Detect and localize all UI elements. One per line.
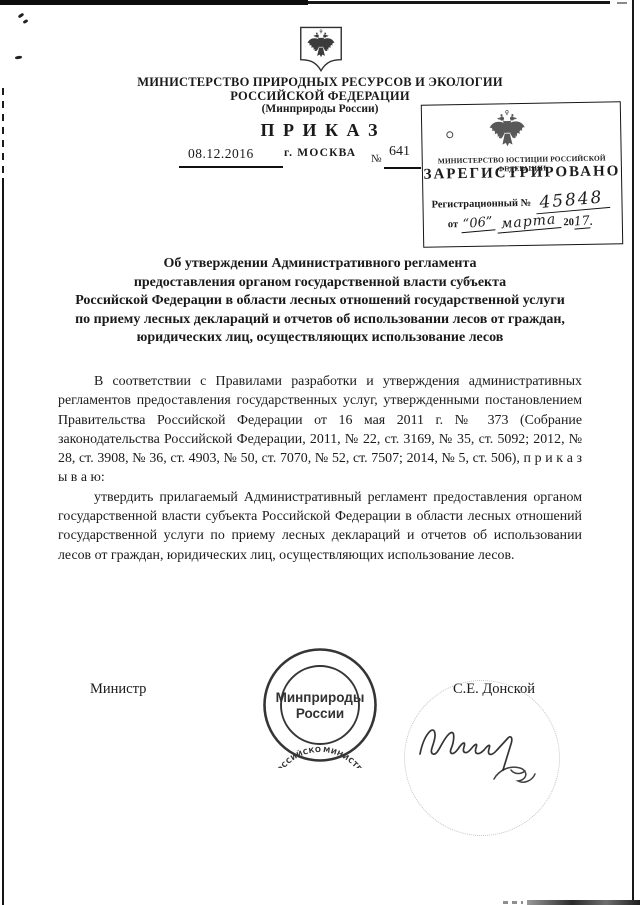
order-title-line: по приему лесных деклараций и отчетов об…: [30, 312, 610, 328]
order-title-line: предоставления органом государственной в…: [30, 275, 610, 291]
ministry-name-line2: РОССИЙСКОЙ ФЕДЕРАЦИИ: [40, 89, 600, 104]
ministry-round-seal: МИНИСТЕРСТВО ПРИРОДНЫХ РЕСУРСОВ И ЭКОЛОГ…: [257, 642, 383, 768]
scan-speck: [23, 19, 29, 24]
seal-center-line2: России: [296, 706, 344, 721]
seal-inner-circle: [281, 666, 359, 744]
justice-stamp-registry-mark: [446, 131, 453, 138]
registration-date-prefix: от: [448, 219, 458, 230]
signature-secondary-stroke: [494, 767, 535, 782]
registration-number-handwritten: 45848: [534, 187, 610, 214]
justice-registration-stamp: МИНИСТЕРСТВО ЮСТИЦИИ РОССИЙСКОЙ ФЕДЕРАЦИ…: [421, 101, 623, 247]
scan-speck: [15, 56, 22, 60]
scan-artifact-bottom-bar: [527, 900, 640, 905]
registration-date-month-handwritten: марта: [497, 211, 562, 233]
order-body: В соответствии с Правилами разработки и …: [58, 372, 582, 565]
scan-speck: [18, 13, 25, 19]
seal-ring-text: МИНИСТЕРСТВО ПРИРОДНЫХ РЕСУРСОВ И ЭКОЛОГ…: [257, 642, 374, 768]
registered-label: ЗАРЕГИСТРИРОВАНО: [423, 163, 621, 183]
scan-artifact-top-bar: [0, 0, 308, 5]
seal-center-line1: Минприроды: [276, 690, 365, 705]
scan-artifact-top-speck: [617, 2, 627, 4]
handwritten-signature: [408, 698, 568, 798]
signature-main-stroke: [420, 730, 512, 770]
document-number-sign: №: [371, 153, 382, 165]
document-number: 641: [389, 144, 410, 160]
ministry-name-line1: МИНИСТЕРСТВО ПРИРОДНЫХ РЕСУРСОВ И ЭКОЛОГ…: [40, 75, 600, 90]
coat-of-arms-eagle-icon: [307, 30, 334, 57]
document-date: 08.12.2016: [188, 146, 254, 162]
order-title-line: Российской Федерации в области лесных от…: [30, 293, 610, 309]
registration-date-row: от “06” марта 2017.: [448, 213, 593, 233]
document-place: г. МОСКВА: [284, 147, 356, 159]
body-paragraph-2: утвердить прилагаемый Административный р…: [58, 488, 582, 565]
svg-text:МИНИСТЕРСТВО ПРИРОДНЫХ РЕСУРСО: МИНИСТЕРСТВО ПРИРОДНЫХ РЕСУРСОВ И ЭКОЛОГ…: [257, 642, 374, 768]
scan-artifact-bottom-dashes: [503, 901, 523, 904]
scan-artifact-left-dashed-line: [2, 88, 4, 178]
number-underline: [384, 167, 421, 169]
scan-artifact-right-line: [632, 0, 634, 905]
order-title-line: юридических лиц, осуществляющих использо…: [30, 330, 610, 346]
registration-number-label: Регистрационный №: [431, 198, 531, 211]
date-underline: [179, 166, 283, 168]
signer-role: Министр: [90, 681, 146, 698]
coat-of-arms-emblem: [298, 25, 344, 75]
registration-date-century: 20: [563, 217, 574, 228]
order-title-line: Об утверждении Административного регламе…: [30, 256, 610, 272]
scan-artifact-left-line: [2, 178, 4, 905]
scanned-document-page: { "document": { "ministry_line1": "МИНИС…: [0, 0, 640, 905]
registration-date-day-handwritten: “06”: [460, 214, 495, 233]
registration-number-row: Регистрационный №45848: [431, 189, 609, 213]
justice-stamp-eagle-icon: [486, 109, 529, 152]
registration-date-year-handwritten: 17: [573, 212, 590, 229]
body-paragraph-1: В соответствии с Правилами разработки и …: [58, 372, 582, 488]
scan-artifact-top-bar-thin: [308, 1, 610, 4]
